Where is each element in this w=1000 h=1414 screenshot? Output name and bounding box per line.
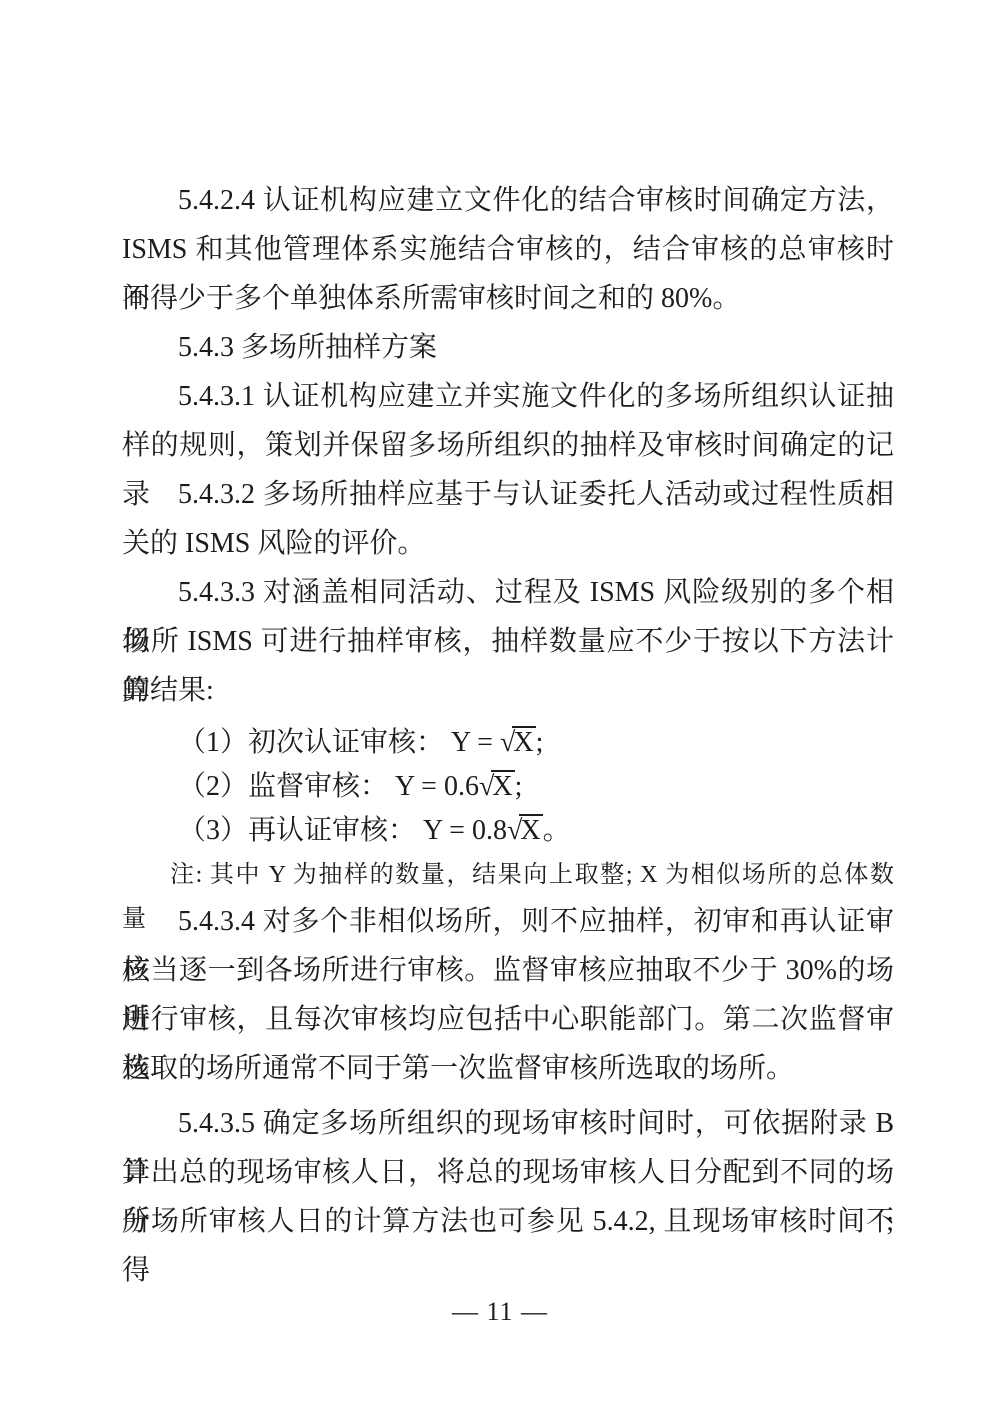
- square-root-expression: √X: [500, 727, 536, 758]
- page-number: — 11 —: [0, 1296, 1000, 1328]
- para-5-4-3-5-line-2: 算出总的现场审核人日，将总的现场审核人日分配到不同的场所;: [122, 1148, 894, 1197]
- para-5-4-2-4-line-3: 不得少于多个单独体系所需审核时间之和的 80%。: [122, 274, 894, 323]
- formula-tail: ;: [536, 727, 544, 758]
- para-5-4-3-3-line-3: 的结果:: [122, 666, 894, 715]
- formula-tail: ;: [515, 771, 523, 802]
- para-5-4-3-4-line-1: 5.4.3.4 对多个非相似场所，则不应抽样，初审和再认证审核: [122, 897, 894, 946]
- para-5-4-2-4-line-2: ISMS 和其他管理体系实施结合审核的，结合审核的总审核时间: [122, 225, 894, 274]
- para-5-4-3-1-line-2: 样的规则，策划并保留多场所组织的抽样及审核时间确定的记录。: [122, 421, 894, 470]
- para-5-4-3-5-line-3: 分场所审核人日的计算方法也可参见 5.4.2, 且现场审核时间不得: [122, 1197, 894, 1246]
- para-5-4-3-2-line-2: 关的 ISMS 风险的评价。: [122, 519, 894, 568]
- formula-lead: （3）再认证审核： Y = 0.8: [178, 815, 507, 846]
- radicand: X: [519, 814, 542, 847]
- para-5-4-3-3-line-1: 5.4.3.3 对涵盖相同活动、过程及 ISMS 风险级别的多个相似: [122, 568, 894, 617]
- para-5-4-3-3-line-2: 场所 ISMS 可进行抽样审核，抽样数量应不少于按以下方法计算: [122, 617, 894, 666]
- para-5-4-3-5-line-1: 5.4.3.5 确定多场所组织的现场审核时间时，可依据附录 B 计: [122, 1099, 894, 1148]
- formula-lead: （1）初次认证审核： Y =: [178, 727, 500, 758]
- radicand: X: [512, 726, 535, 759]
- para-5-4-3-2-line-1: 5.4.3.2 多场所抽样应基于与认证委托人活动或过程性质相: [122, 470, 894, 519]
- para-5-4-2-4-line-1: 5.4.2.4 认证机构应建立文件化的结合审核时间确定方法，: [122, 176, 894, 225]
- note-line: 注: 其中 Y 为抽样的数量，结果向上取整; X 为相似场所的总体数量。: [122, 853, 894, 897]
- formula-recertification-audit: （3）再认证审核： Y = 0.8√X。: [122, 809, 894, 853]
- para-5-4-3-4-line-3: 进行审核，且每次审核均应包括中心职能部门。第二次监督审核: [122, 995, 894, 1044]
- square-root-expression: √X: [479, 771, 515, 802]
- formula-tail: 。: [543, 815, 571, 846]
- sampling-formula-list: （1）初次认证审核： Y = √X; （2）监督审核： Y = 0.6√X; （…: [122, 721, 894, 853]
- document-page: 5.4.2.4 认证机构应建立文件化的结合审核时间确定方法， ISMS 和其他管…: [0, 0, 1000, 1414]
- document-text-block: 5.4.2.4 认证机构应建立文件化的结合审核时间确定方法， ISMS 和其他管…: [122, 176, 894, 1246]
- formula-surveillance-audit: （2）监督审核： Y = 0.6√X;: [122, 765, 894, 809]
- para-5-4-3-1-line-1: 5.4.3.1 认证机构应建立并实施文件化的多场所组织认证抽: [122, 372, 894, 421]
- formula-initial-certification-audit: （1）初次认证审核： Y = √X;: [122, 721, 894, 765]
- radicand: X: [491, 770, 514, 803]
- formula-lead: （2）监督审核： Y = 0.6: [178, 771, 479, 802]
- para-5-4-3-4-line-4: 选取的场所通常不同于第一次监督审核所选取的场所。: [122, 1044, 894, 1093]
- heading-5-4-3: 5.4.3 多场所抽样方案: [122, 323, 894, 372]
- square-root-expression: √X: [507, 815, 543, 846]
- para-5-4-3-4-line-2: 应当逐一到各场所进行审核。监督审核应抽取不少于 30%的场所: [122, 946, 894, 995]
